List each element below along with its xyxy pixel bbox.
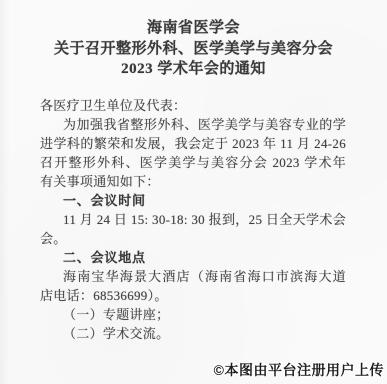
body-line: 为加强我省整形外科、医学美学与美容专业的学术交流，促 xyxy=(40,115,346,134)
salutation-line: 各医疗卫生单位及代表： xyxy=(40,96,346,115)
body-line: 有关事项通知如下： xyxy=(40,172,346,191)
watermark: ©本图由平台注册用户上传 xyxy=(214,360,384,380)
section-heading-meeting-venue: 二、会议地点 xyxy=(40,248,346,267)
body-line: 进学科的繁荣和发展，我会定于 2023 年 11 月 24-26 日在海口市 xyxy=(40,134,346,153)
body-line: 召开整形外科、医学美学与美容分会 2023 学术年会，现将会议 xyxy=(40,153,346,172)
body-line: 店电话：68536699）。 xyxy=(40,286,346,305)
title-line-org: 海南省医学会 xyxy=(0,18,387,39)
scanned-notice-document: 海南省医学会 关于召开整形外科、医学美学与美容分会 2023 学术年会的通知 各… xyxy=(0,0,387,384)
body-line: 11 月 24 日 15: 30-18: 30 报到，25 日全天学术会议，26… xyxy=(40,210,346,229)
list-item-lecture: （一）专题讲座； xyxy=(40,305,346,324)
body-line: 海南宝华海景大酒店（海南省海口市滨海大道 69 号，酒 xyxy=(40,267,346,286)
body-line: 会。 xyxy=(40,229,346,248)
title-line-subject: 关于召开整形外科、医学美学与美容分会 xyxy=(0,39,387,60)
title-line-year: 2023 学术年会的通知 xyxy=(0,59,387,80)
section-heading-meeting-time: 一、会议时间 xyxy=(40,191,346,210)
list-item-exchange: （二）学术交流。 xyxy=(40,324,346,343)
document-body: 各医疗卫生单位及代表： 为加强我省整形外科、医学美学与美容专业的学术交流，促 进… xyxy=(40,96,346,343)
document-title: 海南省医学会 关于召开整形外科、医学美学与美容分会 2023 学术年会的通知 xyxy=(0,18,387,80)
